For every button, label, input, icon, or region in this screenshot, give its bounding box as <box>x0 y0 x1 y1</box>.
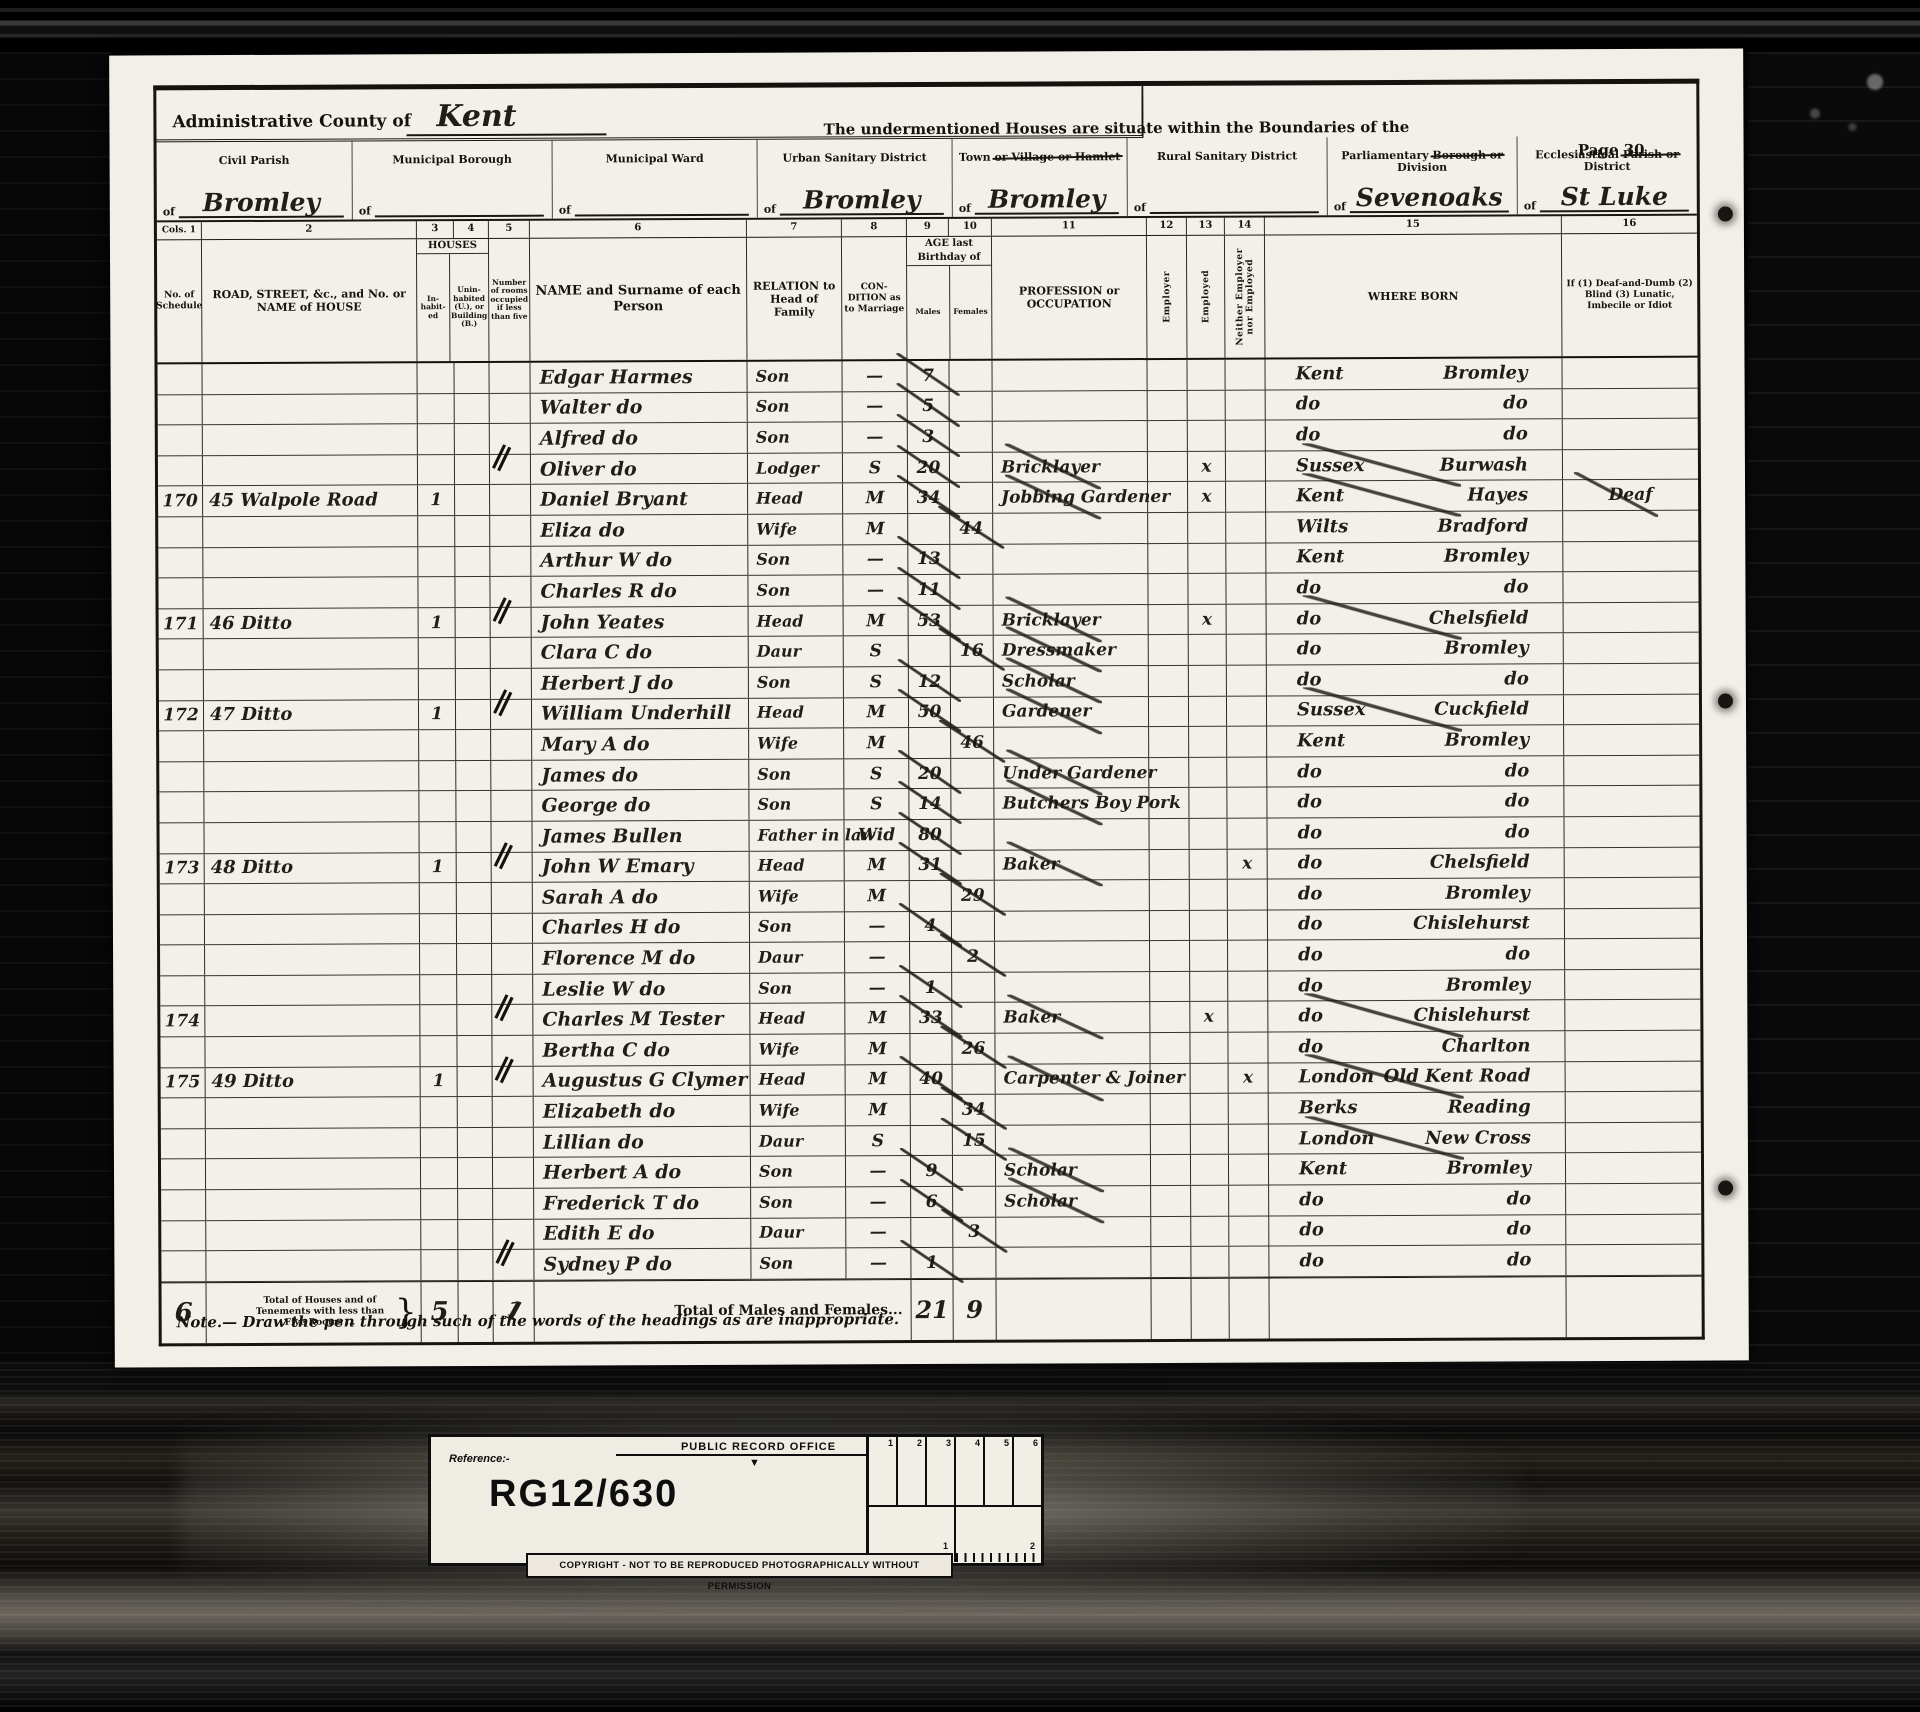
cell-employer <box>1148 390 1188 420</box>
cell-infirmity <box>1565 1031 1700 1061</box>
cell-infirmity <box>1563 572 1698 602</box>
cell-occupation <box>994 819 1149 849</box>
cell-schedule <box>159 731 204 761</box>
cell-age-male: 40 <box>911 1065 953 1095</box>
cell-rooms <box>490 546 531 576</box>
cell-inhabited <box>419 669 456 699</box>
cell-age-male: 3 <box>908 422 950 452</box>
ruler-cell: 6 <box>1014 1437 1041 1505</box>
cell-where-born: dodo <box>1269 1184 1566 1215</box>
cell-infirmity <box>1565 908 1700 938</box>
cell-condition: M <box>845 881 910 911</box>
header-neither: Neither Employer nor Employed <box>1225 236 1266 358</box>
cell-neither <box>1229 1216 1269 1246</box>
cell-neither <box>1228 971 1268 1001</box>
cell-employer <box>1150 849 1190 879</box>
column-number: 12 <box>1147 218 1187 235</box>
table-body: Edgar HarmesSon—7KentBromleyWalter doSon… <box>157 358 1701 1283</box>
cell-relation: Daur <box>751 1126 846 1156</box>
stamp-reference-label: Reference:- <box>449 1453 510 1465</box>
cell-schedule <box>161 1129 206 1159</box>
cell-where-born: doChelsfield <box>1267 603 1564 634</box>
cell-employer <box>1148 482 1188 512</box>
cell-name: Clara C do <box>532 637 749 668</box>
cell-age-female <box>951 758 994 788</box>
cell-employer <box>1148 452 1188 482</box>
cell-infirmity <box>1566 1092 1701 1122</box>
cell-relation: Daur <box>751 1218 846 1248</box>
cell-infirmity <box>1566 1153 1701 1183</box>
cell-where-born: dodo <box>1267 787 1564 818</box>
cell-age-male: 80 <box>909 820 951 850</box>
cell-condition: M <box>843 514 908 544</box>
cell-rooms <box>491 791 532 821</box>
cell-name: Daniel Bryant <box>531 484 748 515</box>
cell-employer <box>1149 819 1189 849</box>
cell-employer <box>1151 1064 1191 1094</box>
cell-age-female <box>951 820 994 850</box>
cell-schedule <box>158 517 203 547</box>
microfilm-scene: Administrative County of Kent The underm… <box>0 0 1920 1712</box>
punch-hole <box>1718 693 1733 708</box>
cell-employed <box>1190 910 1228 940</box>
district-value: Bromley <box>179 190 344 219</box>
cell-age-female <box>951 697 994 727</box>
stamp-arrow-icon: ▼ <box>749 1457 760 1469</box>
cell-occupation: Jobbing Gardener <box>993 482 1148 512</box>
cell-employer <box>1151 1094 1191 1124</box>
cell-age-female <box>950 422 993 452</box>
cell-employed <box>1190 972 1228 1002</box>
column-number: 4 <box>454 221 489 238</box>
cell-employed <box>1191 1063 1229 1093</box>
cell-neither: x <box>1228 849 1268 879</box>
cell-infirmity: Deaf <box>1563 480 1698 510</box>
cell-address <box>206 1097 421 1128</box>
cell-occupation: Scholar <box>996 1186 1151 1216</box>
cell-infirmity <box>1566 1245 1701 1275</box>
cell-address <box>204 792 419 823</box>
cell-inhabited <box>421 1189 458 1219</box>
cell-neither <box>1229 1186 1269 1216</box>
cell-schedule <box>160 1037 205 1067</box>
cell-neither <box>1228 941 1268 971</box>
cell-uninhabited <box>457 1036 492 1066</box>
cell-address <box>204 639 419 670</box>
cell-rooms: ∥ <box>493 1250 534 1280</box>
cell-age-female <box>951 789 994 819</box>
cell-employer <box>1150 911 1190 941</box>
cell-rooms <box>490 516 531 546</box>
undermentioned-text: The undermentioned Houses are situate wi… <box>736 118 1496 139</box>
district-value <box>375 215 544 218</box>
cell-employed <box>1189 696 1227 726</box>
cell-rooms <box>490 485 531 515</box>
cell-occupation <box>995 880 1150 910</box>
column-number: 16 <box>1562 216 1697 234</box>
cell-uninhabited <box>458 1128 493 1158</box>
cell-inhabited <box>418 455 455 485</box>
cell-employed: x <box>1190 1002 1228 1032</box>
cell-uninhabited <box>457 914 492 944</box>
cell-age-male: 9 <box>911 1156 953 1186</box>
cell-inhabited <box>418 394 455 424</box>
cell-employed <box>1189 757 1227 787</box>
census-page: Administrative County of Kent The underm… <box>109 48 1749 1367</box>
cell-age-female <box>951 667 994 697</box>
cell-address: 47 Ditto <box>204 700 419 731</box>
header-age: AGE last Birthday of <box>907 237 991 266</box>
cell-age-female <box>953 1187 996 1217</box>
cell-address <box>203 394 418 425</box>
cell-relation: Daur <box>749 637 844 667</box>
cell-age-female: 26 <box>952 1034 995 1064</box>
cell-occupation: Carpenter & Joiner <box>996 1064 1151 1094</box>
cell-address <box>206 1250 421 1281</box>
cell-infirmity <box>1565 1000 1700 1030</box>
cell-age-female <box>950 575 993 605</box>
cell-uninhabited <box>458 1250 493 1280</box>
cell-address <box>204 669 419 700</box>
cell-uninhabited <box>458 1067 493 1097</box>
cell-infirmity <box>1564 786 1699 816</box>
cell-where-born: KentBromley <box>1267 725 1564 756</box>
cell-age-female <box>953 1248 996 1278</box>
cell-name: Herbert J do <box>532 668 749 699</box>
cell-rooms <box>493 1189 534 1219</box>
cell-employed: x <box>1188 451 1226 481</box>
cell-age-male: 11 <box>908 575 950 605</box>
cell-where-born: doBromley <box>1268 970 1565 1001</box>
cell-age-female <box>950 453 993 483</box>
cell-schedule: 175 <box>161 1068 206 1098</box>
cell-infirmity <box>1564 694 1699 724</box>
cell-age-male <box>911 1095 953 1125</box>
district-label: Town or Village or Hamlet <box>953 151 1127 164</box>
cell-employed <box>1191 1216 1229 1246</box>
cell-address <box>203 547 418 578</box>
cell-age-female: 3 <box>953 1217 996 1247</box>
cell-where-born: BerksReading <box>1269 1092 1566 1123</box>
cell-age-male: 13 <box>908 544 950 574</box>
cell-age-male <box>911 1218 953 1248</box>
cell-employed <box>1191 1186 1229 1216</box>
total-males: 21 <box>915 1295 949 1324</box>
cell-address <box>205 975 420 1006</box>
column-number: 15 <box>1265 216 1562 234</box>
cell-employed <box>1190 1033 1228 1063</box>
cell-relation: Head <box>751 1065 846 1095</box>
cell-occupation <box>995 1033 1150 1063</box>
header-females: Females <box>950 266 992 359</box>
cell-age-female <box>952 911 995 941</box>
cell-neither <box>1226 574 1266 604</box>
cell-relation: Daur <box>750 943 845 973</box>
cell-address: 45 Walpole Road <box>203 486 418 517</box>
district-field: Civil Parish ofBromley <box>157 142 352 221</box>
cell-age-male <box>909 728 951 758</box>
cell-employed <box>1188 421 1226 451</box>
cell-uninhabited <box>454 363 489 393</box>
cell-neither <box>1228 1033 1268 1063</box>
cell-rooms <box>491 730 532 760</box>
cell-schedule <box>161 1251 206 1281</box>
film-band-left <box>0 52 112 1372</box>
column-number: 10 <box>949 219 992 236</box>
cell-relation: Son <box>751 1249 846 1279</box>
cell-schedule <box>158 548 203 578</box>
cell-neither <box>1226 451 1266 481</box>
cell-infirmity <box>1563 419 1698 449</box>
cell-occupation <box>996 1094 1151 1124</box>
cell-uninhabited <box>457 1005 492 1035</box>
cell-infirmity <box>1564 633 1699 663</box>
cell-inhabited <box>421 1220 458 1250</box>
cell-employer <box>1149 605 1189 635</box>
cell-age-male <box>908 514 950 544</box>
cell-employer <box>1151 1125 1191 1155</box>
cell-rooms <box>491 638 532 668</box>
cell-condition: S <box>844 759 909 789</box>
cell-uninhabited <box>458 1189 493 1219</box>
cell-rooms: ∥ <box>493 1066 534 1096</box>
cell-condition: S <box>844 636 909 666</box>
cell-where-born: KentBromley <box>1266 542 1563 573</box>
cell-occupation <box>993 391 1148 421</box>
totals-empty-cell <box>1229 1278 1269 1338</box>
district-label: Municipal Borough <box>353 154 552 167</box>
cell-rooms: ∥ <box>491 607 532 637</box>
cell-employer <box>1149 788 1189 818</box>
cell-condition: M <box>845 851 910 881</box>
county-label: Administrative County of <box>172 111 411 132</box>
cell-age-male: 7 <box>907 361 949 391</box>
cell-inhabited <box>421 1250 458 1280</box>
cell-age-female <box>950 483 993 513</box>
header-uninhabited: Unin-habited (U.), or Building (B.) <box>450 254 489 361</box>
cell-inhabited <box>420 883 457 913</box>
cell-address <box>206 1220 421 1251</box>
cell-infirmity <box>1564 725 1699 755</box>
cell-neither <box>1226 543 1266 573</box>
cell-age-male: 20 <box>908 453 950 483</box>
cell-schedule: 170 <box>158 487 203 517</box>
cell-inhabited: 1 <box>418 485 455 515</box>
cell-infirmity <box>1566 1214 1701 1244</box>
cell-name: George do <box>532 790 749 821</box>
cell-occupation <box>993 574 1148 604</box>
cell-uninhabited <box>456 608 491 638</box>
cell-occupation <box>993 421 1148 451</box>
cell-age-male <box>909 636 951 666</box>
cell-condition: — <box>845 942 910 972</box>
cell-schedule <box>161 1160 206 1190</box>
cell-infirmity <box>1566 1061 1701 1091</box>
cell-where-born: WiltsBradford <box>1266 511 1563 542</box>
cell-where-born: dodo <box>1266 419 1563 450</box>
cell-employer <box>1150 941 1190 971</box>
cell-employer <box>1149 727 1189 757</box>
district-value: St Luke <box>1540 184 1689 213</box>
cell-name: Edith E do <box>534 1218 751 1249</box>
cell-neither: x <box>1229 1063 1269 1093</box>
cell-schedule <box>160 915 205 945</box>
column-number: 11 <box>992 218 1147 236</box>
cell-name: Sydney P do <box>534 1249 751 1280</box>
cell-inhabited <box>420 975 457 1005</box>
cell-condition: S <box>844 789 909 819</box>
cell-inhabited <box>419 761 456 791</box>
cell-employer <box>1149 758 1189 788</box>
cell-neither <box>1225 360 1265 390</box>
totals-empty-cell <box>996 1279 1151 1340</box>
cell-neither <box>1226 512 1266 542</box>
cell-where-born: doBromley <box>1268 878 1565 909</box>
cell-where-born: dodo <box>1267 756 1564 787</box>
cell-address <box>205 883 420 914</box>
cell-uninhabited <box>456 791 491 821</box>
district-label: Urban Sanitary District <box>758 152 952 165</box>
cell-uninhabited <box>458 1220 493 1250</box>
cell-employer <box>1150 972 1190 1002</box>
cell-rooms <box>489 363 530 393</box>
cell-rooms: ∥ <box>490 455 531 485</box>
cell-name: Herbert A do <box>534 1157 751 1188</box>
column-number: 3 <box>417 221 454 238</box>
cell-inhabited <box>418 547 455 577</box>
cell-address <box>204 822 419 853</box>
cell-employed <box>1190 941 1228 971</box>
cell-rooms <box>491 760 532 790</box>
cell-neither <box>1227 604 1267 634</box>
cell-uninhabited <box>456 761 491 791</box>
cell-name: Charles M Tester <box>533 1004 750 1035</box>
cell-uninhabited <box>455 577 490 607</box>
cell-uninhabited <box>457 944 492 974</box>
cell-relation: Son <box>749 667 844 697</box>
cell-where-born: dodo <box>1269 1245 1566 1276</box>
cell-employed <box>1187 360 1225 390</box>
cell-neither <box>1226 390 1266 420</box>
cell-employer <box>1150 1002 1190 1032</box>
cell-age-male: 31 <box>910 850 952 880</box>
cell-schedule <box>157 364 202 394</box>
ruler-cell: 5 <box>985 1437 1014 1505</box>
punch-hole <box>1718 1180 1733 1195</box>
cell-relation: Wife <box>750 1034 845 1064</box>
cell-age-male <box>911 1126 953 1156</box>
column-number: 9 <box>907 219 949 236</box>
district-value: Sevenoaks <box>1350 184 1509 213</box>
cell-name: Eliza do <box>531 515 748 546</box>
cell-age-female <box>952 1003 995 1033</box>
cell-employed <box>1191 1125 1229 1155</box>
cell-employer <box>1150 1033 1190 1063</box>
column-number: 14 <box>1225 218 1265 235</box>
county-row: Administrative County of Kent The underm… <box>156 84 1696 143</box>
cell-where-born: KentBromley <box>1265 358 1562 389</box>
cell-age-male: 20 <box>909 759 951 789</box>
cell-condition: — <box>846 1248 911 1278</box>
cell-schedule <box>158 395 203 425</box>
totals-empty-cell <box>1151 1279 1191 1339</box>
header-houses: HOUSES <box>417 239 488 254</box>
cell-name: Elizabeth do <box>534 1096 751 1127</box>
cell-name: Charles H do <box>533 912 750 943</box>
film-specks <box>1770 55 1920 145</box>
cell-inhabited <box>421 1158 458 1188</box>
cell-inhabited <box>420 944 457 974</box>
film-band-right <box>1748 52 1920 1372</box>
cell-schedule <box>159 792 204 822</box>
cell-name: Charles R do <box>531 576 748 607</box>
cell-age-male: 14 <box>909 789 951 819</box>
cell-relation: Son <box>747 361 842 391</box>
cell-condition: M <box>844 728 909 758</box>
cell-employed <box>1189 635 1227 665</box>
cell-occupation <box>996 1247 1151 1277</box>
cell-neither <box>1229 1094 1269 1124</box>
cell-age-female <box>952 850 995 880</box>
total-females-cell: 9 <box>953 1280 996 1340</box>
cell-where-born: dodo <box>1267 664 1564 695</box>
cell-employer <box>1148 513 1188 543</box>
totals-empty-cell <box>1566 1276 1701 1337</box>
cell-neither <box>1228 910 1268 940</box>
cell-condition: S <box>843 453 908 483</box>
cell-schedule: 172 <box>159 701 204 731</box>
cell-employer <box>1151 1247 1191 1277</box>
district-field: Urban Sanitary District ofBromley <box>757 139 952 218</box>
cell-where-born: dodo <box>1266 572 1563 603</box>
cell-name: Arthur W do <box>531 545 748 576</box>
cell-condition: M <box>846 1095 911 1125</box>
cell-employer <box>1149 696 1189 726</box>
cell-uninhabited <box>455 424 490 454</box>
cell-employed <box>1189 727 1227 757</box>
cell-rooms <box>493 1097 534 1127</box>
cell-where-born: LondonOld Kent Road <box>1269 1062 1566 1093</box>
cell-name: John Yeates <box>532 607 749 638</box>
cell-age-female <box>950 544 993 574</box>
cell-condition: — <box>846 1157 911 1187</box>
cell-age-female <box>952 973 995 1003</box>
cell-employer <box>1148 543 1188 573</box>
cell-uninhabited <box>455 516 490 546</box>
cell-relation: Father in law <box>749 820 844 850</box>
cell-infirmity <box>1566 1184 1701 1214</box>
cell-condition: — <box>846 1218 911 1248</box>
district-field: Parliamentary Borough orDivisionofSeveno… <box>1327 136 1517 215</box>
cell-where-born: dodo <box>1266 389 1563 420</box>
cell-where-born: LondonNew Cross <box>1269 1123 1566 1154</box>
cell-age-male: 1 <box>911 1248 953 1278</box>
cell-neither <box>1227 696 1267 726</box>
cell-inhabited <box>418 424 455 454</box>
cell-relation: Wife <box>750 881 845 911</box>
cell-employed <box>1191 1155 1229 1185</box>
cell-occupation <box>996 1125 1151 1155</box>
cell-employed <box>1190 849 1228 879</box>
cell-rooms <box>493 1128 534 1158</box>
header-relation: RELATION to Head of Family <box>747 237 843 359</box>
cell-employed <box>1190 880 1228 910</box>
cell-relation: Lodger <box>748 453 843 483</box>
cell-schedule <box>161 1221 206 1251</box>
cell-occupation: Scholar <box>994 666 1149 696</box>
cell-where-born: dodo <box>1268 940 1565 971</box>
cell-where-born: KentBromley <box>1269 1154 1566 1185</box>
